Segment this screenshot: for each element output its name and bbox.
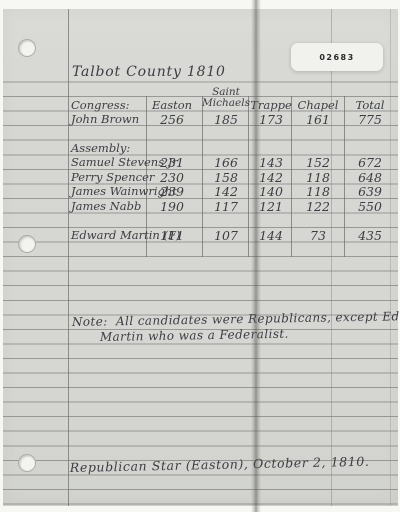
votes-easton: 190 bbox=[145, 199, 199, 214]
scanned-document-page: 02683 Talbot County 1810 Congress: Easto… bbox=[0, 0, 400, 512]
margin-vertical-line bbox=[68, 9, 69, 506]
catalog-sticker: 02683 bbox=[291, 43, 383, 71]
table-row: James Nabb 190 117 121 122 550 bbox=[0, 199, 400, 215]
punch-hole-top bbox=[18, 39, 36, 57]
table-row: Edward Martin (F) 111 107 144 73 435 bbox=[0, 228, 400, 244]
table-row: John Brown 256 185 173 161 775 bbox=[0, 112, 400, 128]
votes-chapel: 73 bbox=[292, 228, 344, 243]
votes-total: 672 bbox=[343, 155, 397, 170]
column-header-chapel: Chapel bbox=[292, 98, 344, 112]
votes-total: 648 bbox=[343, 170, 397, 185]
column-header-easton: Easton bbox=[145, 98, 199, 112]
punch-hole-bottom bbox=[18, 454, 36, 472]
scan-fold-shadow bbox=[251, 0, 261, 512]
candidate-name: James Nabb bbox=[71, 199, 147, 213]
votes-total: 435 bbox=[343, 228, 397, 243]
votes-easton: 239 bbox=[145, 184, 199, 199]
votes-total: 639 bbox=[343, 184, 397, 199]
ruled-lines bbox=[3, 68, 398, 506]
page-title: Talbot County 1810 bbox=[72, 64, 226, 80]
votes-chapel: 118 bbox=[292, 170, 344, 185]
candidate-name: James Wainwright bbox=[71, 184, 147, 198]
votes-chapel: 152 bbox=[292, 155, 344, 170]
votes-chapel: 122 bbox=[292, 199, 344, 214]
candidate-name: Edward Martin (F) bbox=[71, 228, 147, 242]
votes-easton: 231 bbox=[145, 155, 199, 170]
preprinted-vertical-line bbox=[331, 9, 332, 506]
votes-easton: 111 bbox=[145, 228, 199, 243]
paper-edge-line bbox=[390, 9, 391, 506]
candidate-name: John Brown bbox=[71, 112, 147, 126]
votes-total: 550 bbox=[343, 199, 397, 214]
catalog-number: 02683 bbox=[319, 53, 354, 62]
votes-easton: 256 bbox=[145, 112, 199, 127]
candidate-name: Samuel Stevens Jr bbox=[71, 155, 147, 169]
votes-easton: 230 bbox=[145, 170, 199, 185]
candidate-name: Perry Spencer bbox=[71, 170, 147, 184]
votes-chapel: 118 bbox=[292, 184, 344, 199]
assembly-section-label: Assembly: bbox=[71, 141, 147, 155]
votes-chapel: 161 bbox=[292, 112, 344, 127]
congress-section-label: Congress: bbox=[71, 98, 147, 112]
column-header-total: Total bbox=[343, 98, 397, 112]
votes-total: 775 bbox=[343, 112, 397, 127]
